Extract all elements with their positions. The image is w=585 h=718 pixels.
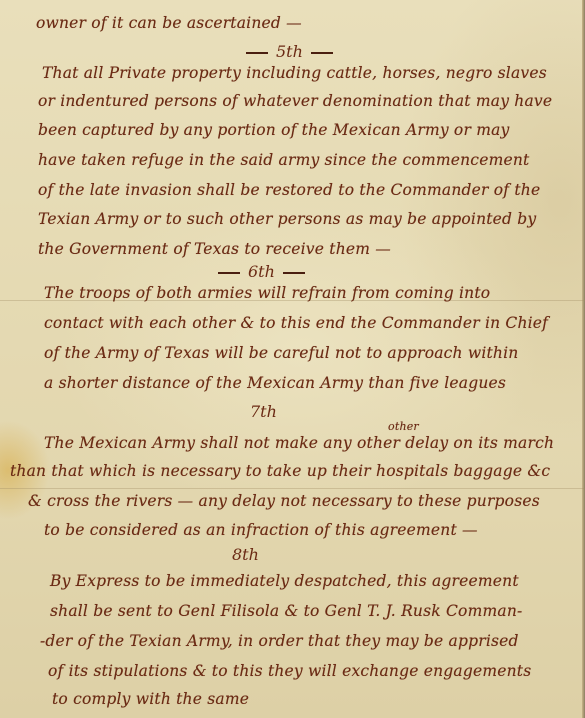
manuscript-line: of the late invasion shall be restored t… xyxy=(38,181,540,199)
manuscript-line: owner of it can be ascertained — xyxy=(36,14,302,32)
manuscript-page: owner of it can be ascertained — 5th Tha… xyxy=(0,0,585,718)
interlinear-insertion: other xyxy=(388,420,419,433)
manuscript-line: than that which is necessary to take up … xyxy=(10,462,550,480)
manuscript-line: a shorter distance of the Mexican Army t… xyxy=(44,374,506,392)
article-number: 8th xyxy=(232,545,259,564)
manuscript-line: By Express to be immediately despatched,… xyxy=(50,572,519,590)
manuscript-line: to comply with the same xyxy=(52,690,249,708)
manuscript-line: Texian Army or to such other persons as … xyxy=(38,210,536,228)
article-number: 5th xyxy=(276,42,303,61)
manuscript-line: of the Army of Texas will be careful not… xyxy=(44,344,518,362)
manuscript-line: the Government of Texas to receive them … xyxy=(38,240,391,258)
manuscript-line: of its stipulations & to this they will … xyxy=(48,662,531,680)
manuscript-line: & cross the rivers — any delay not neces… xyxy=(28,492,540,510)
article-heading: 5th xyxy=(238,42,341,61)
article-heading: 7th xyxy=(250,402,277,421)
heading-dash xyxy=(311,52,333,54)
manuscript-line: contact with each other & to this end th… xyxy=(44,314,548,332)
heading-dash xyxy=(246,52,268,54)
manuscript-line: That all Private property including catt… xyxy=(42,64,547,82)
manuscript-line: been captured by any portion of the Mexi… xyxy=(38,121,510,139)
article-heading: 6th xyxy=(210,262,313,281)
manuscript-line: shall be sent to Genl Filisola & to Genl… xyxy=(50,602,522,620)
manuscript-line: or indentured persons of whatever denomi… xyxy=(38,92,552,110)
article-heading: 8th xyxy=(232,545,259,564)
article-number: 7th xyxy=(250,402,277,421)
manuscript-line: The Mexican Army shall not make any othe… xyxy=(44,434,554,452)
manuscript-line: to be considered as an infraction of thi… xyxy=(44,521,478,539)
manuscript-line: have taken refuge in the said army since… xyxy=(38,151,529,169)
heading-dash xyxy=(283,272,305,274)
manuscript-line: -der of the Texian Army, in order that t… xyxy=(40,632,519,650)
manuscript-line: The troops of both armies will refrain f… xyxy=(44,284,490,302)
heading-dash xyxy=(218,272,240,274)
paper-fold xyxy=(0,488,585,489)
article-number: 6th xyxy=(248,262,275,281)
